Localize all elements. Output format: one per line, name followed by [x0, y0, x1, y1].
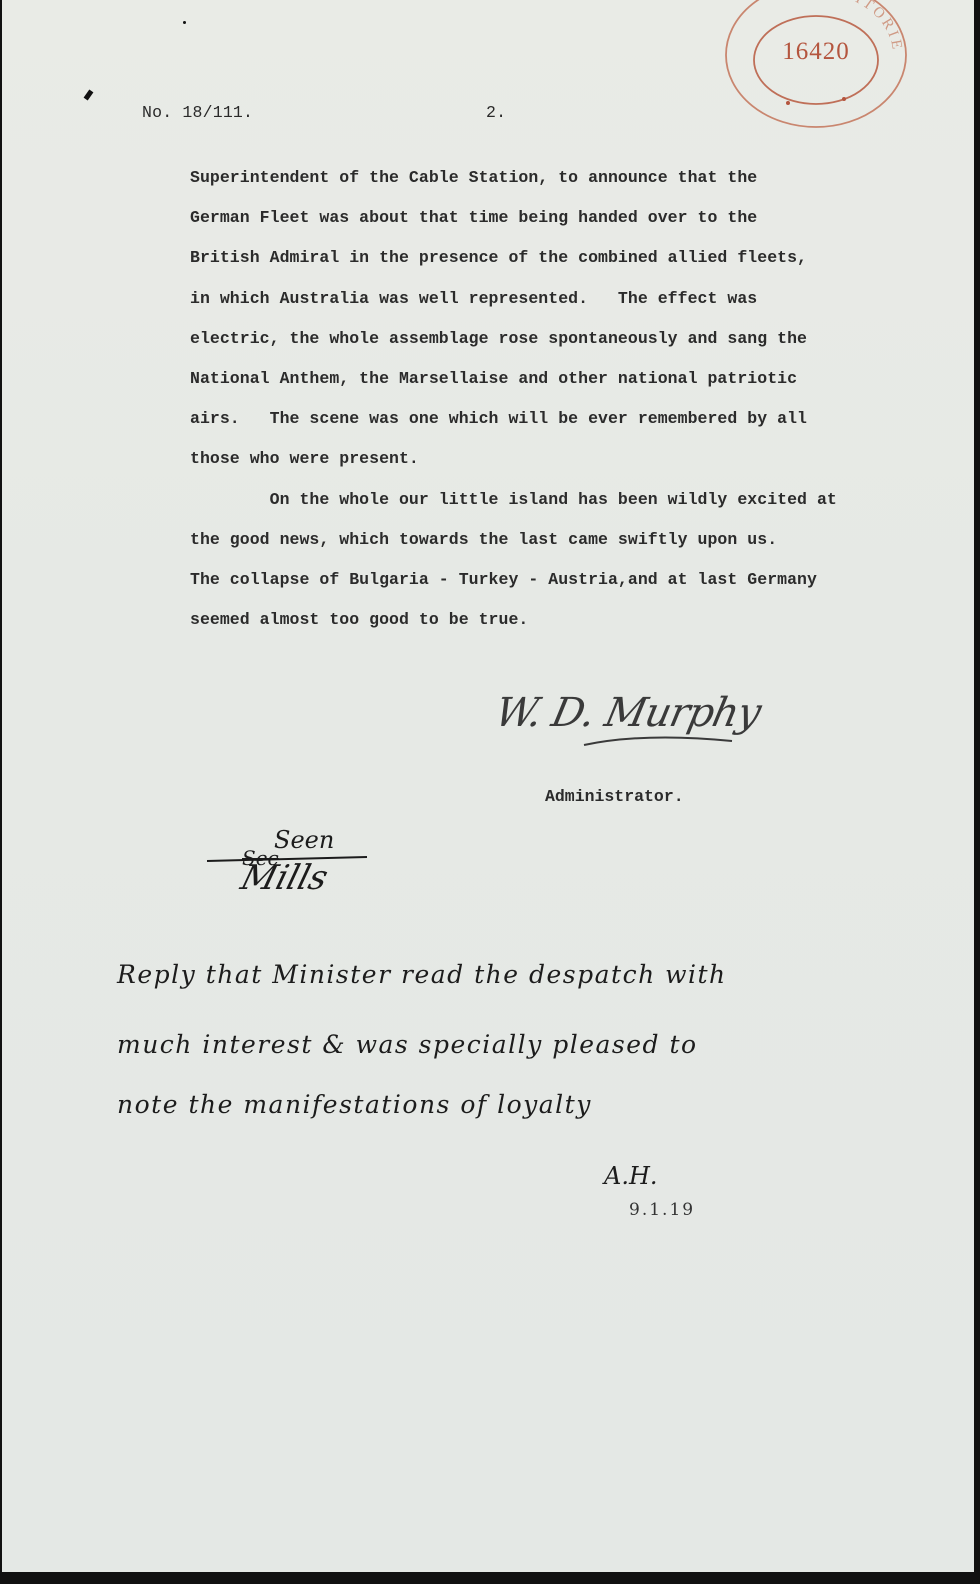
text-line: electric, the whole assemblage rose spon… — [190, 325, 950, 365]
annotation-inserted-word: Seen — [274, 826, 334, 854]
text-line: those who were present. — [190, 445, 950, 485]
signoff-title: Administrator. — [545, 787, 684, 806]
text-line: in which Australia was well represented.… — [190, 285, 950, 325]
note-line: Reply that Minister read the despatch wi… — [117, 960, 727, 989]
document-page: No. 18/111. 2. REPOSITORIES 16420 Superi… — [2, 0, 974, 1572]
text-line: German Fleet was about that time being h… — [190, 204, 950, 244]
paragraph-2: On the whole our little island has been … — [190, 486, 950, 647]
note-line: much interest & was specially pleased to — [117, 1030, 698, 1059]
letter-body: Superintendent of the Cable Station, to … — [190, 164, 950, 646]
text-line: the good news, which towards the last ca… — [190, 526, 950, 566]
reference-number: No. 18/111. — [142, 103, 253, 122]
ink-speck — [84, 89, 94, 100]
text-line: airs. The scene was one which will be ev… — [190, 405, 950, 445]
stamp-number: 16420 — [721, 38, 911, 66]
text-line: National Anthem, the Marsellaise and oth… — [190, 365, 950, 405]
note-initials: A.H. — [604, 1162, 658, 1190]
registry-stamp: REPOSITORIES 16420 — [721, 0, 911, 130]
signature: W. D. Murphy — [491, 690, 764, 736]
text-line: Superintendent of the Cable Station, to … — [190, 164, 950, 204]
text-line: The collapse of Bulgaria - Turkey - Aust… — [190, 566, 950, 606]
note-line: note the manifestations of loyalty — [117, 1090, 592, 1119]
page-number: 2. — [486, 103, 506, 122]
text-line: On the whole our little island has been … — [190, 486, 950, 526]
note-date: 9.1.19 — [629, 1200, 695, 1220]
text-line: seemed almost too good to be true. — [190, 606, 950, 646]
text-line: British Admiral in the presence of the c… — [190, 244, 950, 284]
signature-underline-icon — [582, 735, 742, 755]
annotation-name: Mills — [237, 858, 333, 898]
ink-dot — [183, 21, 186, 24]
paragraph-1: Superintendent of the Cable Station, to … — [190, 164, 950, 486]
